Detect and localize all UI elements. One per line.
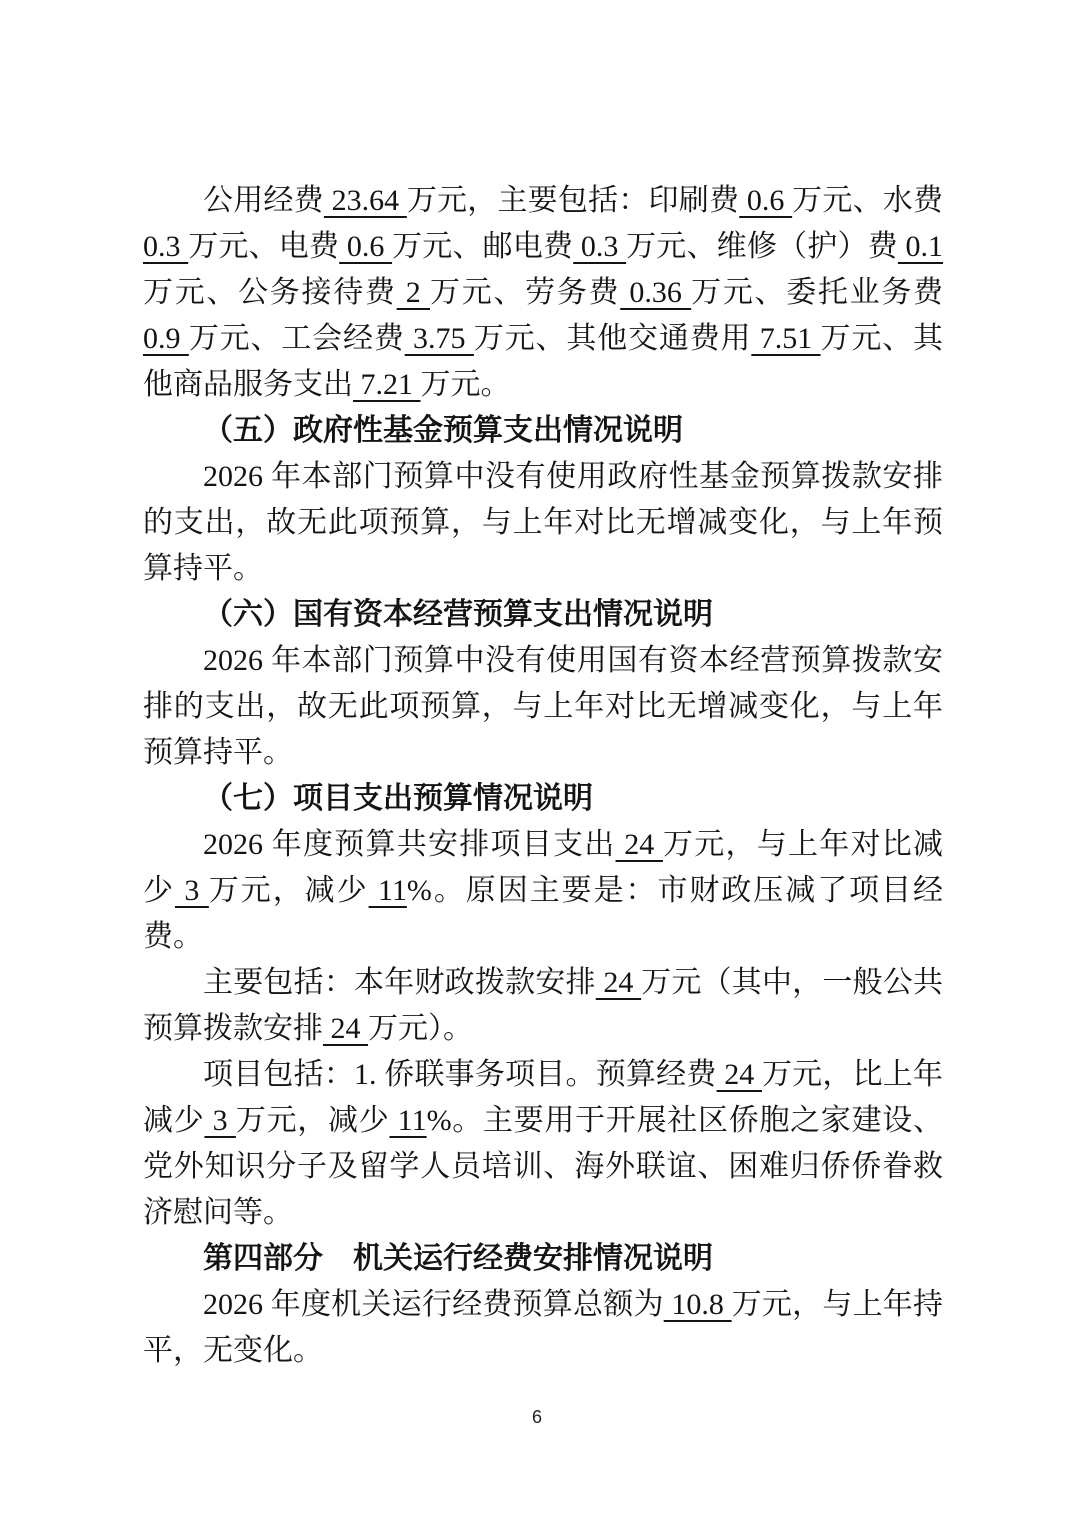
text-run: 项目包括：1. 侨联事务项目。预算经费 (203, 1058, 717, 1091)
underlined-value: 7.21 (353, 368, 421, 401)
text-run: （七）项目支出预算情况说明 (203, 782, 593, 815)
underlined-value: 23.64 (324, 184, 407, 217)
heading-section-5: （五）政府性基金预算支出情况说明 (143, 408, 943, 454)
underlined-value: 0.9 (143, 322, 189, 355)
text-run: （五）政府性基金预算支出情况说明 (203, 414, 683, 447)
heading-section-7: （七）项目支出预算情况说明 (143, 776, 943, 822)
text-run: 2026 年度机关运行经费预算总额为 (203, 1288, 664, 1321)
para-project-details: 项目包括：1. 侨联事务项目。预算经费 24 万元，比上年减少 3 万元，减少 … (143, 1052, 943, 1236)
para-government-fund-budget: 2026 年本部门预算中没有使用政府性基金预算拨款安排的支出，故无此项预算，与上… (143, 454, 943, 592)
heading-section-6: （六）国有资本经营预算支出情况说明 (143, 592, 943, 638)
underlined-value: 0.3 (143, 230, 188, 263)
text-run: 万元、其他交通费用 (474, 322, 752, 355)
text-run: 万元、工会经费 (189, 322, 405, 355)
text-run: 2026 年本部门预算中没有使用国有资本经营预算拨款安排的支出，故无此项预算，与… (143, 644, 943, 769)
underlined-value: 0.6 (339, 230, 392, 263)
text-run: 第四部分 机关运行经费安排情况说明 (203, 1242, 713, 1275)
text-run: 万元、公务接待费 (143, 276, 397, 309)
underlined-value: 24 (323, 1012, 368, 1045)
text-run: 万元，减少 (236, 1104, 390, 1137)
text-run: 公用经费 (203, 184, 324, 217)
underlined-value: 10.8 (664, 1288, 732, 1321)
text-run: 万元、劳务费 (430, 276, 620, 309)
underlined-value: 3 (204, 1104, 235, 1137)
text-run: （六）国有资本经营预算支出情况说明 (203, 598, 713, 631)
para-project-funding-sources: 主要包括：本年财政拨款安排 24 万元（其中，一般公共预算拨款安排 24 万元）… (143, 960, 943, 1052)
underlined-value: 24 (717, 1058, 762, 1091)
underlined-value: 0.6 (739, 184, 792, 217)
underlined-value: 11 (369, 874, 407, 907)
para-operating-expense-total: 2026 年度机关运行经费预算总额为 10.8 万元，与上年持平，无变化。 (143, 1282, 943, 1374)
text-run: 万元。 (421, 368, 511, 401)
underlined-value: 3 (175, 874, 209, 907)
heading-part-4: 第四部分 机关运行经费安排情况说明 (143, 1236, 943, 1282)
underlined-value: 0.1 (898, 230, 943, 263)
text-run: 万元、委托业务费 (691, 276, 943, 309)
underlined-value: 3.75 (405, 322, 474, 355)
text-run: 2026 年本部门预算中没有使用政府性基金预算拨款安排的支出，故无此项预算，与上… (143, 460, 943, 585)
text-run: 万元、维修（护）费 (626, 230, 898, 263)
underlined-value: 2 (397, 276, 430, 309)
document-page: 公用经费 23.64 万元，主要包括：印刷费 0.6 万元、水费 0.3 万元、… (0, 0, 1074, 1520)
text-run: 2026 年度预算共安排项目支出 (203, 828, 616, 861)
text-run: 万元、邮电费 (392, 230, 573, 263)
text-run: 万元，减少 (209, 874, 369, 907)
underlined-value: 0.36 (620, 276, 691, 309)
document-body: 公用经费 23.64 万元，主要包括：印刷费 0.6 万元、水费 0.3 万元、… (143, 178, 943, 1374)
text-run: 万元，主要包括：印刷费 (407, 184, 739, 217)
text-run: 万元、水费 (792, 184, 943, 217)
para-state-capital-budget: 2026 年本部门预算中没有使用国有资本经营预算拨款安排的支出，故无此项预算，与… (143, 638, 943, 776)
text-run: 万元、电费 (188, 230, 339, 263)
underlined-value: 24 (596, 966, 641, 999)
para-project-expense-summary: 2026 年度预算共安排项目支出 24 万元，与上年对比减少 3 万元，减少 1… (143, 822, 943, 960)
underlined-value: 24 (616, 828, 664, 861)
para-public-expense-breakdown: 公用经费 23.64 万元，主要包括：印刷费 0.6 万元、水费 0.3 万元、… (143, 178, 943, 408)
underlined-value: 11 (389, 1104, 426, 1137)
underlined-value: 0.3 (573, 230, 626, 263)
text-run: 万元）。 (368, 1012, 473, 1045)
underlined-value: 7.51 (751, 322, 820, 355)
text-run: 主要包括：本年财政拨款安排 (203, 966, 596, 999)
page-number: 6 (0, 1405, 1074, 1429)
